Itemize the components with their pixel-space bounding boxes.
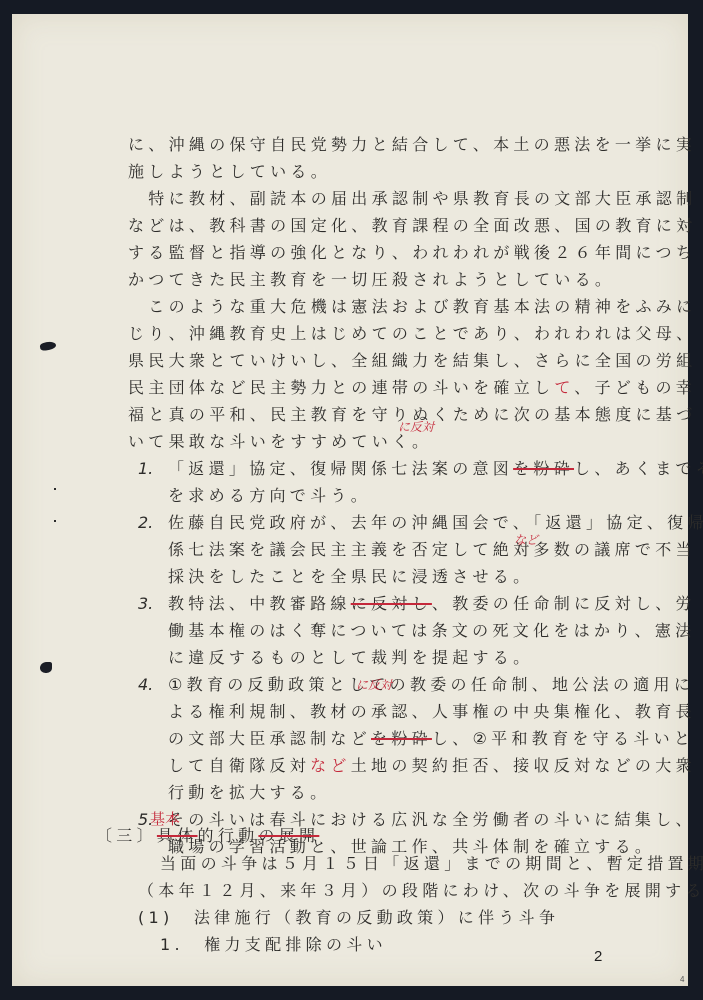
item-3-line-2: 働基本権のはく奪については条文の死文化をはかり、憲法 (168, 621, 668, 641)
item-3: 3.教特法、中教審路線に反対し、教委の任命制に反対し、労 (138, 594, 638, 614)
red-annotation-item4: に反対 (356, 676, 392, 693)
intro-line-1: に、沖縄の保守自民党勢力と結合して、本土の悪法を一挙に実 (128, 135, 628, 155)
item-text: ①教育の反動政策としての教委の任命制、地公法の適用に (168, 675, 694, 694)
para3-line-4-rest: 、子どもの幸 (574, 378, 696, 397)
para3-line-2: じり、沖縄教育史上はじめてのことであり、われわれは父母、 (128, 324, 628, 344)
item-2-line-3: 採決をしたことを全県民に浸透させる。 (168, 567, 668, 587)
item-text: して自衛隊反対 (168, 756, 310, 775)
item-2-line-2: 係七法案を議会民主主義を否定して絶対多数の議席で不当 (168, 540, 668, 560)
red-annotation-item1: に反対 (398, 418, 434, 435)
struck-text: を粉砕 (371, 729, 432, 748)
paper-speck (54, 520, 56, 522)
para3-line-4-text: 民主団体など民主勢力との連帯の斗いを確立し (128, 378, 554, 397)
struck-text: の展開 (258, 826, 319, 845)
section-title: 的行動 (198, 826, 259, 845)
paper-speck (54, 488, 56, 490)
item-text: の文部大臣承認制など (168, 729, 371, 748)
para2-line-4: かつてきた民主教育を一切圧殺されようとしている。 (128, 270, 628, 290)
section-3-body-2: （本年１２月、来年３月）の段階にわけ、次の斗争を展開する。 (138, 881, 638, 901)
para3-line-6: いて果敢な斗いをすすめていく。 (128, 432, 628, 452)
para2-line-1: 特に教材、副読本の届出承認制や県教育長の文部大臣承認制 (128, 189, 628, 209)
punch-hole-top (39, 341, 56, 352)
item-number: 2. (138, 513, 168, 533)
struck-text: 具体 (157, 826, 198, 845)
section-number: 〔三〕 (96, 826, 157, 845)
struck-text: を粉砕 (513, 459, 574, 478)
subitem-1: 1. 権力支配排除の斗い (160, 935, 660, 955)
item-4-line-3: の文部大臣承認制などを粉砕し、②平和教育を守る斗いと (168, 729, 668, 749)
section-3-heading: 〔三〕具体的行動の展開 (96, 826, 596, 846)
item-1-line-2: を求める方向で斗う。 (168, 486, 668, 506)
para2-line-2: などは、教科書の国定化、教育課程の全面改悪、国の教育に対 (128, 216, 628, 236)
subsection-1: (1) 法律施行（教育の反動政策）に伴う斗争 (138, 908, 638, 928)
item-text: し、あくまでその撤回 (574, 459, 703, 478)
item-3-line-3: に違反するものとして裁判を提起する。 (168, 648, 668, 668)
corner-mark: 4 (680, 975, 684, 984)
para3-line-1: このような重大危機は憲法および教育基本法の精神をふみに (128, 297, 628, 317)
para3-line-5: 福と真の平和、民主教育を守りぬくために次の基本態度に基づ (128, 405, 628, 425)
item-2: 2.佐藤自民党政府が、去年の沖縄国会で、「返還」協定、復帰関 (138, 513, 638, 533)
item-4-line-2: よる権利規制、教材の承認、人事権の中央集権化、教育長 (168, 702, 668, 722)
red-insertion-mark: て (554, 378, 574, 397)
para2-line-3: する監督と指導の強化となり、われわれが戦後２６年間につち (128, 243, 628, 263)
intro-line-2: 施しようとしている。 (128, 162, 628, 182)
item-text: 、教委の任命制に反対し、労 (432, 594, 696, 613)
punch-hole-bottom (40, 662, 52, 673)
struck-text: に反対し (351, 594, 432, 613)
item-number: 4. (138, 675, 168, 695)
item-text: し、②平和教育を守る斗いと (432, 729, 694, 748)
page-number: 2 (594, 948, 602, 965)
item-number: 3. (138, 594, 168, 614)
item-number: 1. (138, 459, 168, 479)
item-1: 1.「返還」協定、復帰関係七法案の意図を粉砕し、あくまでその撤回 (138, 459, 638, 479)
red-annotation-item3: など (514, 531, 538, 548)
item-text: 教特法、中教審路線 (168, 594, 351, 613)
item-4-line-4: して自衛隊反対など土地の契約拒否、接収反対などの大衆 (168, 756, 668, 776)
red-insertion: など (310, 756, 351, 775)
item-text: 佐藤自民党政府が、去年の沖縄国会で、「返還」協定、復帰関 (168, 513, 703, 532)
item-text: 「返還」協定、復帰関係七法案の意図 (168, 459, 513, 478)
section-3-body-1: 当面の斗争は５月１５日「返還」までの期間と、暫定措置期間 (160, 854, 660, 874)
para3-line-4: 民主団体など民主勢力との連帯の斗いを確立して、子どもの幸 (128, 378, 628, 398)
para3-line-3: 県民大衆とていけいし、全組織力を結集し、さらに全国の労組 (128, 351, 628, 371)
item-4-line-5: 行動を拡大する。 (168, 783, 668, 803)
item-text: 土地の契約拒否、接収反対などの大衆 (351, 756, 696, 775)
